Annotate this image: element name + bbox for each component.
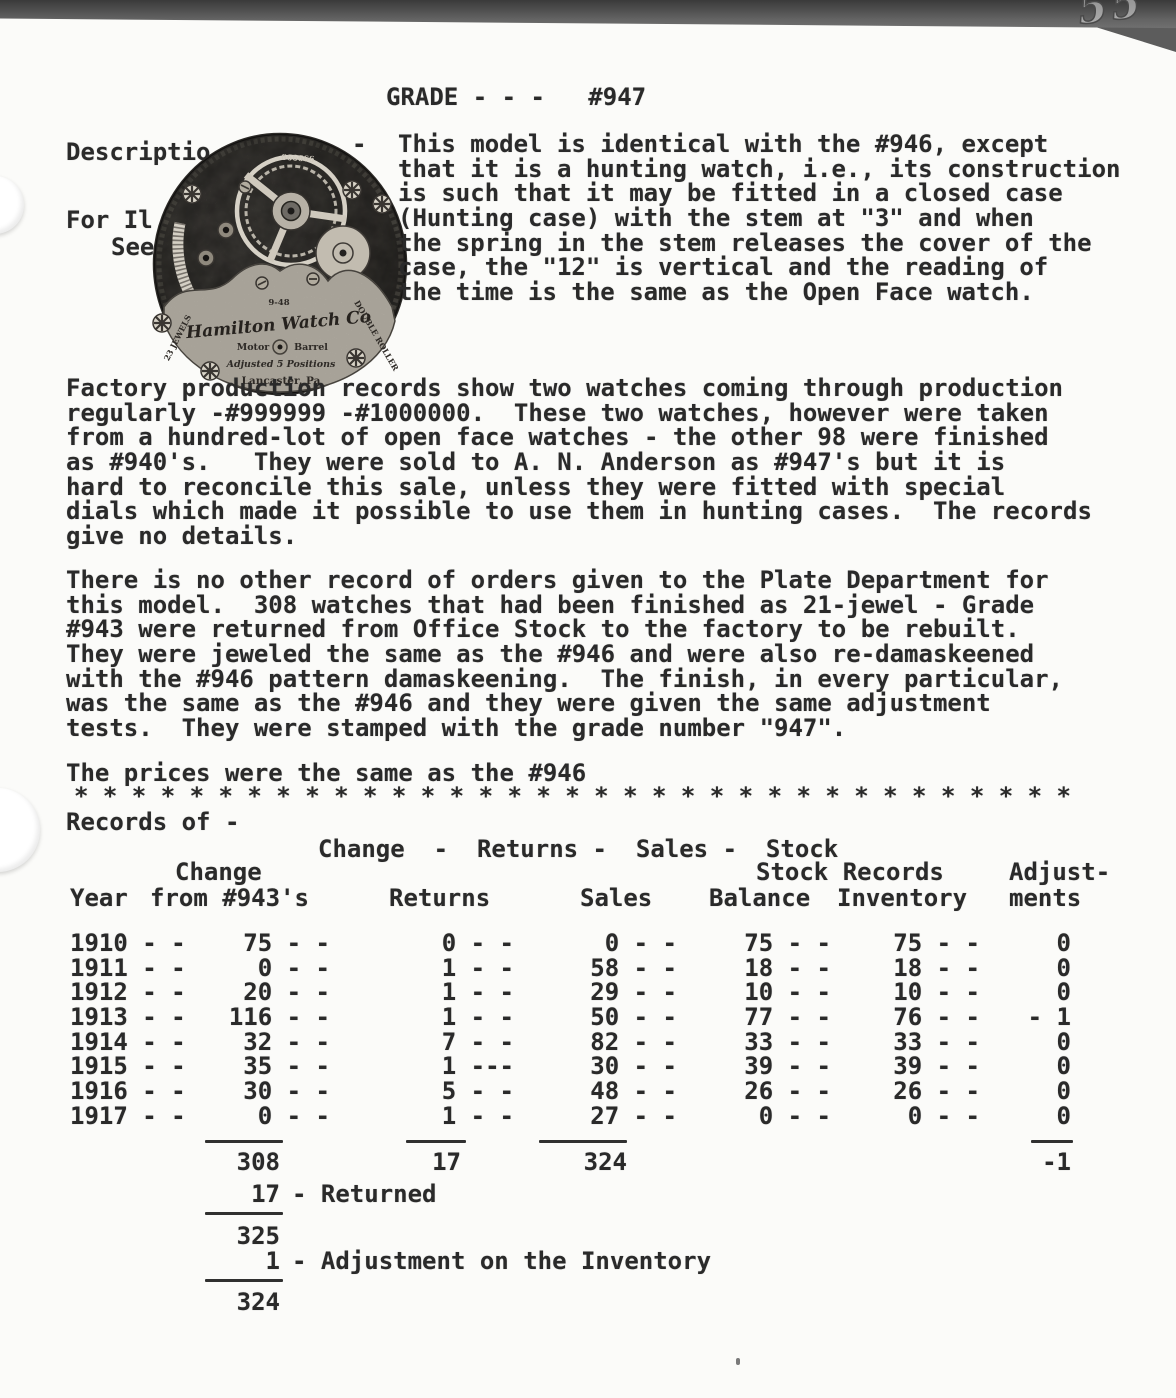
total-rule-change (205, 1140, 283, 1143)
table-cell-returns: 1 --- (364, 1054, 514, 1079)
table-cell-adjustments: 0 (941, 931, 1071, 956)
table-row: 1911 - -0 - -1 - -58 - -18 - -18 - -0 (0, 956, 1176, 981)
table-cell-adjustments: 0 (941, 980, 1071, 1005)
description-dash: - (352, 132, 366, 157)
total-rule-sales (539, 1140, 627, 1143)
table-cell-sales: 0 - - (527, 931, 677, 956)
header-balance: Balance (709, 886, 810, 911)
table-cell-year: 1911 - - (70, 956, 186, 981)
table-cell-year: 1913 - - (70, 1005, 186, 1030)
table-row: 1915 - -35 - -1 ---30 - -39 - -39 - -0 (0, 1054, 1176, 1079)
table-cell-returns: 7 - - (364, 1030, 514, 1055)
table-cell-sales: 58 - - (527, 956, 677, 981)
table-cell-returns: 5 - - (364, 1079, 514, 1104)
table-cell-change: 35 - - (180, 1054, 330, 1079)
summary-subtotal: 325 (130, 1224, 280, 1249)
total-rule-returns (406, 1140, 466, 1143)
table-cell-adjustments: 0 (941, 1104, 1071, 1129)
table-row: 1917 - -0 - -1 - -27 - -0 - -0 - -0 (0, 1104, 1176, 1129)
table-cell-balance: 39 - - (681, 1054, 831, 1079)
table-cell-year: 1916 - - (70, 1079, 186, 1104)
description-text: This model is identical with the #946, e… (398, 132, 1120, 305)
table-cell-balance: 10 - - (681, 980, 831, 1005)
summary-rule-2 (205, 1279, 283, 1282)
table-cell-year: 1910 - - (70, 931, 186, 956)
summary-rule-1 (205, 1212, 283, 1215)
total-sales: 324 (477, 1150, 627, 1175)
table-row: 1914 - -32 - -7 - -82 - -33 - -33 - -0 (0, 1030, 1176, 1055)
for-illustration-label: For Il (66, 208, 153, 233)
table-cell-change: 116 - - (180, 1005, 330, 1030)
table-cell-adjustments: 0 (941, 1079, 1071, 1104)
hole-punch (0, 788, 40, 872)
table-cell-balance: 26 - - (681, 1079, 831, 1104)
table-cell-balance: 0 - - (681, 1104, 831, 1129)
table-cell-sales: 29 - - (527, 980, 677, 1005)
engraving-small-number: 9-48 (268, 298, 289, 308)
document-page: 55 GRADE - - - #947 Descriptio For Il Se… (0, 0, 1176, 1398)
records-heading: Records of - (66, 810, 239, 835)
table-cell-sales: 48 - - (527, 1079, 677, 1104)
table-row: 1913 - -116 - -1 - -50 - -77 - -76 - -- … (0, 1005, 1176, 1030)
summary-final-total: 324 (130, 1290, 280, 1315)
summary-returned-label: - Returned (292, 1182, 437, 1207)
table-cell-change: 0 - - (180, 956, 330, 981)
page-title: GRADE - - - #947 (386, 85, 646, 110)
header-change-top: Change (175, 860, 262, 885)
page-number: 55 (1077, 0, 1146, 23)
summary-returned-value: 17 (130, 1182, 280, 1207)
total-returns: 17 (311, 1150, 461, 1175)
table-cell-change: 75 - - (180, 931, 330, 956)
table-row: 1910 - -75 - -0 - -0 - -75 - -75 - -0 (0, 931, 1176, 956)
table-cell-balance: 33 - - (681, 1030, 831, 1055)
table-row: 1916 - -30 - -5 - -48 - -26 - -26 - -0 (0, 1079, 1176, 1104)
asterisk-separator: * * * * * * * * * * * * * * * * * * * * … (74, 784, 1071, 809)
table-cell-adjustments: 0 (941, 1054, 1071, 1079)
table-cell-year: 1917 - - (70, 1104, 186, 1129)
table-cell-adjustments: 0 (941, 956, 1071, 981)
table-cell-change: 0 - - (180, 1104, 330, 1129)
paragraph-factory-production: Factory production records show two watc… (66, 376, 1092, 549)
table-cell-balance: 75 - - (681, 931, 831, 956)
total-change: 308 (130, 1150, 280, 1175)
summary-adjustment-label: - Adjustment on the Inventory (292, 1249, 711, 1274)
table-cell-sales: 50 - - (527, 1005, 677, 1030)
table-cell-returns: 1 - - (364, 1005, 514, 1030)
table-cell-year: 1914 - - (70, 1030, 186, 1055)
engraving-motor: Motor (237, 342, 271, 353)
header-stock-records-top: Stock Records (756, 860, 944, 885)
table-cell-change: 30 - - (180, 1079, 330, 1104)
table-cell-returns: 1 - - (364, 956, 514, 981)
table-cell-sales: 82 - - (527, 1030, 677, 1055)
scan-speck (736, 1358, 740, 1365)
table-cell-change: 32 - - (180, 1030, 330, 1055)
total-rule-adjustments (1031, 1140, 1073, 1143)
table-cell-balance: 18 - - (681, 956, 831, 981)
table-cell-sales: 27 - - (527, 1104, 677, 1129)
header-change: from #943's (150, 886, 309, 911)
total-adjustments: -1 (941, 1150, 1071, 1175)
totals-row: 308 17 324 -1 (0, 1150, 1176, 1175)
table-cell-change: 20 - - (180, 980, 330, 1005)
paragraph-plate-department: There is no other record of orders given… (66, 568, 1063, 741)
header-year: Year (70, 886, 128, 911)
table-cell-year: 1915 - - (70, 1054, 186, 1079)
table-cell-adjustments: - 1 (941, 1005, 1071, 1030)
header-inventory: Inventory (837, 886, 967, 911)
table-row: 1912 - -20 - -1 - -29 - -10 - -10 - -0 (0, 980, 1176, 1005)
table-cell-returns: 0 - - (364, 931, 514, 956)
table-cell-balance: 77 - - (681, 1005, 831, 1030)
header-returns: Returns (389, 886, 490, 911)
watch-movement-engraving: 999999 9-48 Hamilton Watch Co Motor Barr… (150, 131, 410, 397)
summary-adjustment-value: 1 (130, 1249, 280, 1274)
table-cell-year: 1912 - - (70, 980, 186, 1005)
hole-punch (0, 176, 24, 234)
engraving-adjusted: Adjusted 5 Positions (226, 359, 336, 370)
header-ments: ments (1009, 886, 1081, 911)
engraving-barrel: Barrel (294, 342, 328, 353)
header-sales: Sales (580, 886, 652, 911)
table-cell-returns: 1 - - (364, 1104, 514, 1129)
scan-top-edge (0, 0, 1176, 32)
see-label: See (111, 235, 154, 260)
table-cell-sales: 30 - - (527, 1054, 677, 1079)
header-adjust-top: Adjust- (1009, 860, 1110, 885)
table-cell-returns: 1 - - (364, 980, 514, 1005)
table-cell-adjustments: 0 (941, 1030, 1071, 1055)
